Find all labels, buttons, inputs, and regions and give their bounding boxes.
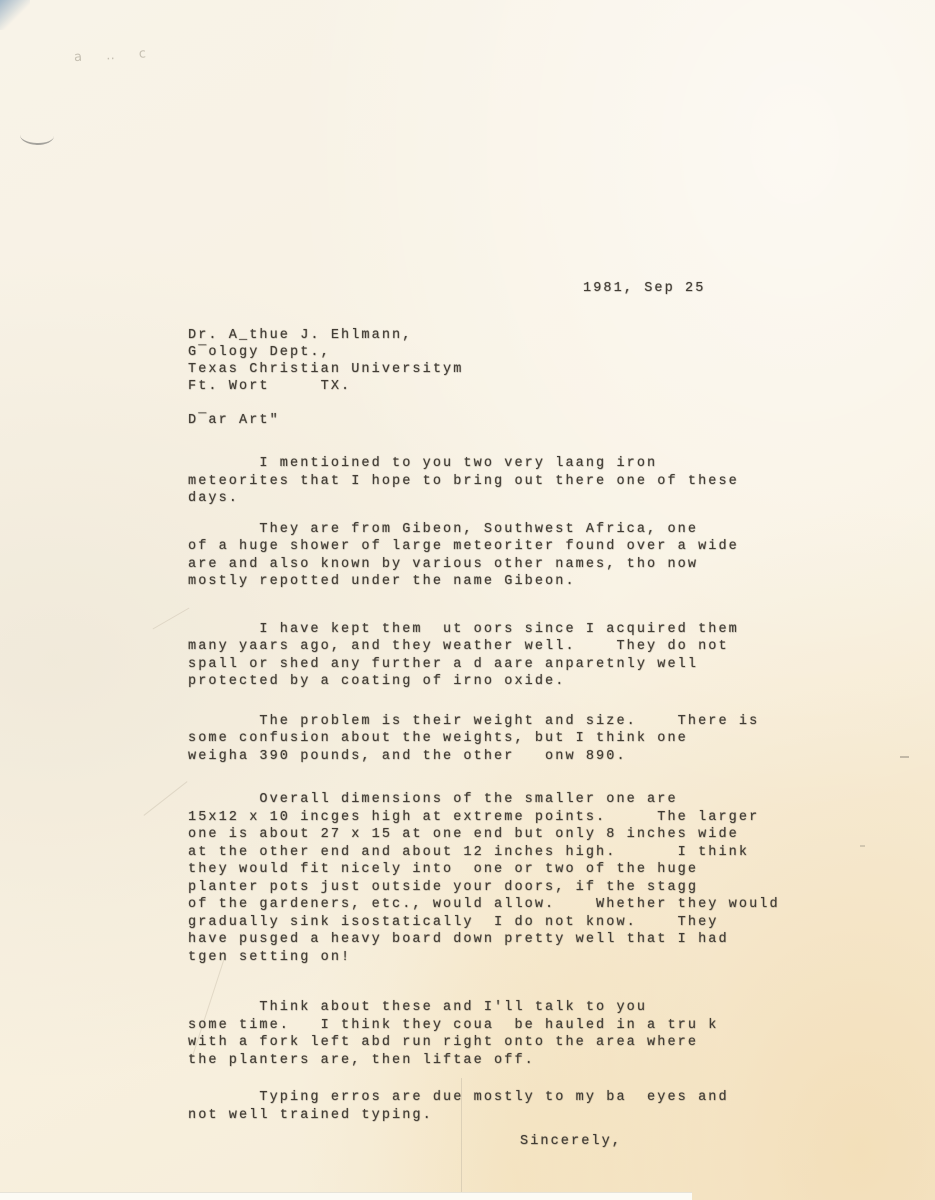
stray-mark: [860, 845, 865, 847]
closing-sincerely: Sincerely,: [520, 1133, 622, 1151]
stray-mark: [900, 756, 909, 758]
letter-body: I mentioined to you two very laang iron …: [188, 455, 898, 1124]
pencil-mark-curve: [20, 125, 55, 145]
paragraph: Think about these and I'll talk to you s…: [188, 999, 898, 1069]
paragraph: Overall dimensions of the smaller one ar…: [188, 791, 898, 966]
paragraph: They are from Gibeon, Southwest Africa, …: [188, 521, 898, 591]
letter-date: 1981, Sep 25: [583, 280, 705, 298]
paragraph: I have kept them ut oors since I acquire…: [188, 621, 898, 691]
recipient-address: Dr. A_thue J. Ehlmann, G‾ology Dept., Te…: [188, 327, 463, 395]
pencil-annotation: a ‥ c: [74, 46, 157, 65]
scanned-letter-page: a ‥ c 1981, Sep 25 Dr. A_thue J. Ehlmann…: [0, 0, 935, 1200]
salutation: D‾ar Art": [188, 412, 280, 430]
paper-crease: [153, 608, 190, 630]
paragraph: The problem is their weight and size. Th…: [188, 713, 898, 766]
page-corner-shadow: [0, 0, 30, 30]
paragraph: I mentioined to you two very laang iron …: [188, 455, 898, 508]
paper-crease: [144, 781, 188, 816]
scan-edge: [0, 1192, 692, 1200]
paragraph: Typing erros are due mostly to my ba eye…: [188, 1089, 898, 1124]
